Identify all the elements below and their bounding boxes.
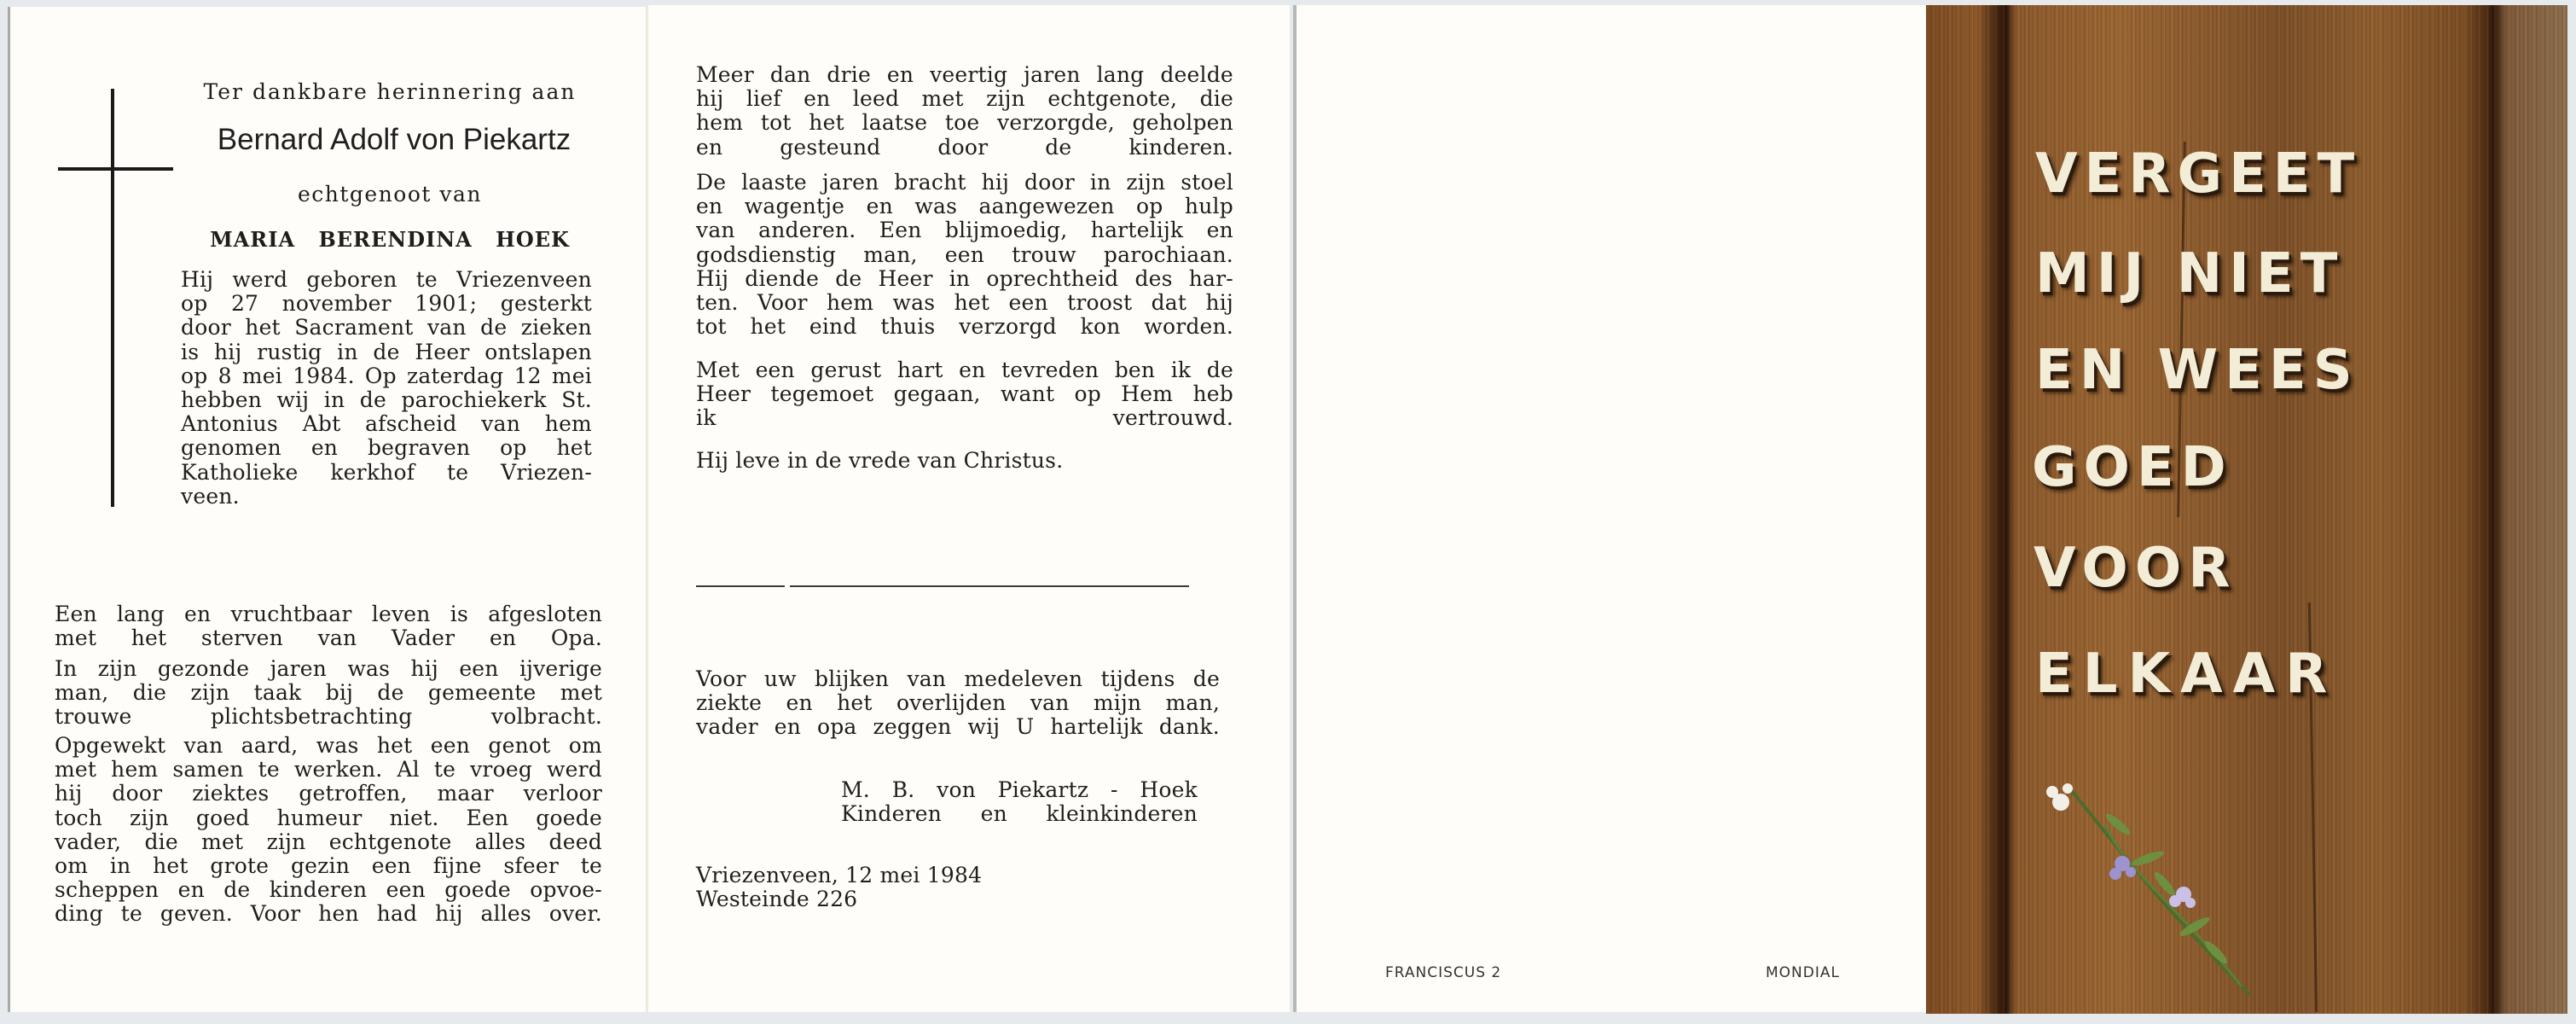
closing-line: Hij leve in de vrede van Christus. bbox=[696, 449, 1233, 473]
text-line: ishijrustigindeHeerontslapen bbox=[181, 340, 592, 364]
biography: HijwerdgeborenteVriezenveenop27november1… bbox=[181, 268, 592, 509]
paragraph-marriage: Meerdandrieenveertigjarenlangdeeldehijli… bbox=[696, 63, 1233, 160]
text-line: trouwe plichtsbetrachting volbracht. bbox=[55, 705, 602, 729]
text-line: veen. bbox=[181, 485, 592, 509]
slogan-line: GOED bbox=[2032, 440, 2233, 495]
text-line: Delaastejarenbrachthijdoorinzijnstoel bbox=[696, 171, 1233, 195]
text-line: ziekteenhetoverlijdenvanmijnman, bbox=[696, 691, 1220, 715]
slogan-line: ELKAAR bbox=[2035, 647, 2337, 701]
divider bbox=[696, 585, 785, 587]
spouse-name: MARIA BERENDINA HOEK bbox=[181, 227, 599, 252]
fold-line bbox=[646, 5, 647, 1012]
card-panel-front-right: Meerdandrieenveertigjarenlangdeeldehijli… bbox=[648, 5, 1290, 1012]
text-line: tot het eind thuis verzorgd kon worden. bbox=[696, 315, 1233, 339]
spouse-label: echtgenoot van bbox=[181, 183, 599, 207]
text-line: KatholiekekerkhofteVriezen- bbox=[181, 461, 592, 485]
text-line: genomenenbegravenophet bbox=[181, 436, 592, 460]
card-panel-front-left: Ter dankbare herinnering aan Bernard Ado… bbox=[10, 7, 646, 1012]
deceased-name: Bernard Adolf von Piekartz bbox=[181, 123, 607, 157]
text-line: HijwerdgeborenteVriezenveen bbox=[181, 268, 592, 292]
text-line: doorhetSacramentvandezieken bbox=[181, 316, 592, 340]
text-line: Eenlangenvruchtbaarlevenisafgesloten bbox=[55, 602, 602, 626]
slogan-line: MIJ NIET bbox=[2035, 247, 2344, 301]
text-line: methemsamentewerken.Altevroegwerd bbox=[55, 758, 602, 782]
paragraph-trust: MeteengerusthartentevredenbenikdeHeerteg… bbox=[696, 358, 1233, 431]
signature-line: M.B.vonPiekartz-Hoek bbox=[841, 778, 1198, 802]
text-line: op8mei1984.Opzaterdag12mei bbox=[181, 364, 592, 388]
text-line: AntoniusAbtafscheidvanhem bbox=[181, 412, 592, 436]
text-line: met het sterven van Vader en Opa. bbox=[55, 626, 602, 650]
flower-sprig-icon bbox=[2037, 773, 2310, 1012]
text-line: tochzijngoedhumeurniet.Eengoede bbox=[55, 806, 602, 830]
text-line: hijdoorziektesgetroffen,maarverloor bbox=[55, 782, 602, 806]
paragraph-life: Eenlangenvruchtbaarlevenisafgeslotenmet … bbox=[55, 602, 602, 650]
text-line: ten.Voorhemwasheteentroostdathij bbox=[696, 291, 1233, 315]
text-line: godsdienstigman,eentrouwparochiaan. bbox=[696, 243, 1233, 267]
slogan-line: VERGEET bbox=[2035, 147, 2361, 201]
paragraph-work: Inzijngezondejarenwashijeenijverigeman,d… bbox=[55, 657, 602, 730]
paragraph-last-years: Delaastejarenbrachthijdoorinzijnstoelenw… bbox=[696, 171, 1233, 339]
text-line: hemtothetlaatsetoeverzorgde,geholpen bbox=[696, 111, 1233, 135]
text-line: en gesteund door de kinderen. bbox=[696, 136, 1233, 160]
text-line: op27november1901;gesterkt bbox=[181, 292, 592, 316]
text-line: man,diezijntaakbijdegemeentemet bbox=[55, 681, 602, 705]
text-line: ik vertrouwd. bbox=[696, 406, 1233, 430]
text-line: vananderen.Eenblijmoedig,hartelijken bbox=[696, 218, 1233, 242]
thanks-paragraph: Vooruwblijkenvanmedeleventijdensdeziekte… bbox=[696, 667, 1220, 740]
text-line: ominhetgrotegezineenfijnesfeerte bbox=[55, 854, 602, 878]
divider bbox=[790, 585, 1189, 587]
text-line: dingtegeven.Voorhenhadhijallesover. bbox=[55, 902, 602, 926]
imprint-series: FRANCISCUS 2 bbox=[1385, 964, 1501, 981]
address: Westeinde 226 bbox=[696, 887, 1123, 911]
cross-icon bbox=[111, 89, 114, 507]
text-line: hebbenwijindeparochiekerkSt. bbox=[181, 388, 592, 412]
slogan-line: VOOR bbox=[2034, 541, 2237, 596]
text-line: Meteengerusthartentevredenbenikde bbox=[696, 358, 1233, 382]
text-line: vaderenopazeggenwijUhartelijkdank. bbox=[696, 715, 1220, 739]
text-line: vader,diemetzijnechtgenoteallesdeed bbox=[55, 830, 602, 854]
paragraph-character: Opgewektvanaard,washeteengenotommethemsa… bbox=[55, 734, 602, 927]
text-line: scheppenendekindereneengoedeopvoe- bbox=[55, 878, 602, 902]
card-photo: VERGEET MIJ NIET EN WEES GOED VOOR ELKAA… bbox=[1926, 5, 2567, 1014]
text-line: HijdiendedeHeerinoprechtheiddeshar- bbox=[696, 267, 1233, 291]
text-line: hijliefenleedmetzijnechtgenote,die bbox=[696, 87, 1233, 111]
text-line: Meerdandrieenveertigjarenlangdeelde bbox=[696, 63, 1233, 87]
intro-line: Ter dankbare herinnering aan bbox=[181, 80, 599, 104]
text-line: Heertegemoetgegaan,wantopHemheb bbox=[696, 382, 1233, 406]
text-line: Vooruwblijkenvanmedeleventijdensde bbox=[696, 667, 1220, 691]
text-line: Inzijngezondejarenwashijeenijverige bbox=[55, 657, 602, 681]
slogan-line: EN WEES bbox=[2035, 343, 2359, 398]
text-line: Opgewektvanaard,washeteengenotom bbox=[55, 734, 602, 758]
signature: M.B.vonPiekartz-HoekKinderenenkleinkinde… bbox=[841, 778, 1198, 826]
card-panel-back-blank: FRANCISCUS 2 MONDIAL bbox=[1297, 5, 1926, 1012]
place-date: Vriezenveen, 12 mei 1984 bbox=[696, 864, 1123, 887]
imprint-publisher: MONDIAL bbox=[1766, 964, 1840, 981]
text-line: enwagentjeenwasaangewezenophulp bbox=[696, 195, 1233, 218]
cross-icon-bar bbox=[58, 167, 173, 171]
signature-line: Kinderenenkleinkinderen bbox=[841, 802, 1198, 826]
